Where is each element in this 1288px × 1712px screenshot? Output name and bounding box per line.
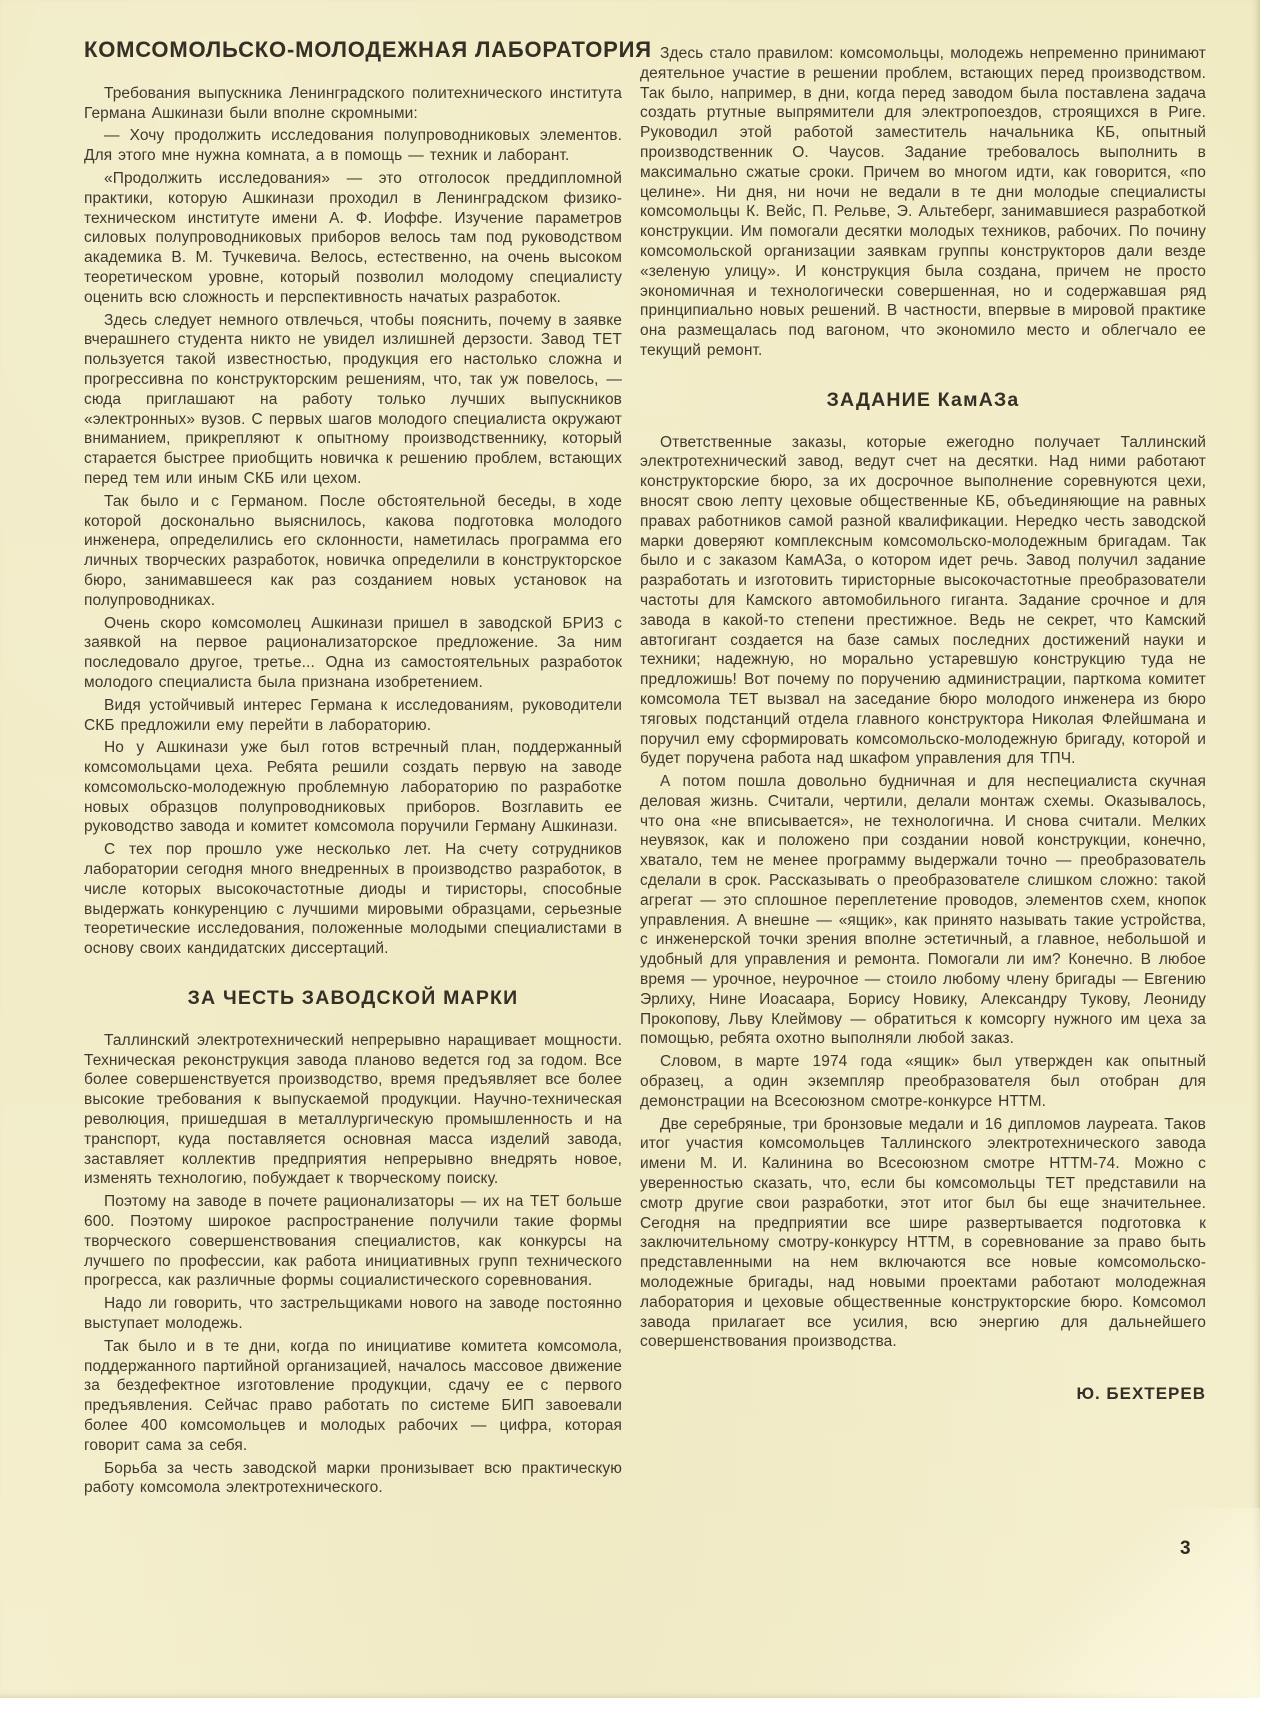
paragraph: Но у Ашкинази уже был готов встречный пл… <box>84 738 622 837</box>
paragraph: Здесь стало правилом: комсомольцы, молод… <box>640 44 1206 361</box>
paragraph: Надо ли говорить, что застрельщиками нов… <box>84 1294 622 1334</box>
paragraph: Так было и в те дни, когда по инициативе… <box>84 1337 622 1456</box>
paragraph: Так было и с Германом. После обстоятельн… <box>84 492 622 611</box>
section-heading-zadanie-kamaza: ЗАДАНИЕ КамАЗа <box>640 391 1206 411</box>
author-byline: Ю. БЕХТЕРЕВ <box>640 1384 1206 1404</box>
paragraph: Словом, в марте 1974 года «ящик» был утв… <box>640 1052 1206 1111</box>
paragraph: «Продолжить исследования» — это отголосо… <box>84 169 622 308</box>
right-column: Здесь стало правилом: комсомольцы, молод… <box>640 44 1206 1404</box>
page-number: 3 <box>1180 1538 1191 1560</box>
section-heading-za-chest-zavodskoy-marki: ЗА ЧЕСТЬ ЗАВОДСКОЙ МАРКИ <box>84 989 622 1009</box>
paragraph: Борьба за честь заводской марки пронизыв… <box>84 1459 622 1499</box>
paragraph: Видя устойчивый интерес Германа к исслед… <box>84 696 622 736</box>
paragraph: Требования выпускника Ленинградского пол… <box>84 84 622 124</box>
paragraph: Ответственные заказы, которые ежегодно п… <box>640 433 1206 770</box>
magazine-page-scan: КОМСОМОЛЬСКО-МОЛОДЕЖНАЯ ЛАБОРАТОРИЯ Треб… <box>0 0 1288 1712</box>
paragraph: С тех пор прошло уже несколько лет. На с… <box>84 840 622 959</box>
left-column: КОМСОМОЛЬСКО-МОЛОДЕЖНАЯ ЛАБОРАТОРИЯ Треб… <box>84 40 622 1501</box>
paragraph: А потом пошла довольно будничная и для н… <box>640 772 1206 1049</box>
paragraph: Здесь следует немного отвлечься, чтобы п… <box>84 311 622 489</box>
paragraph: Очень скоро комсомолец Ашкинази пришел в… <box>84 614 622 693</box>
paragraph: Таллинский электротехнический непрерывно… <box>84 1031 622 1189</box>
paragraph: Поэтому на заводе в почете рационализато… <box>84 1192 622 1291</box>
paragraph: Две серебряные, три бронзовые медали и 1… <box>640 1115 1206 1353</box>
article-headline: КОМСОМОЛЬСКО-МОЛОДЕЖНАЯ ЛАБОРАТОРИЯ <box>84 40 622 60</box>
paragraph: — Хочу продолжить исследования полупрово… <box>84 126 622 166</box>
